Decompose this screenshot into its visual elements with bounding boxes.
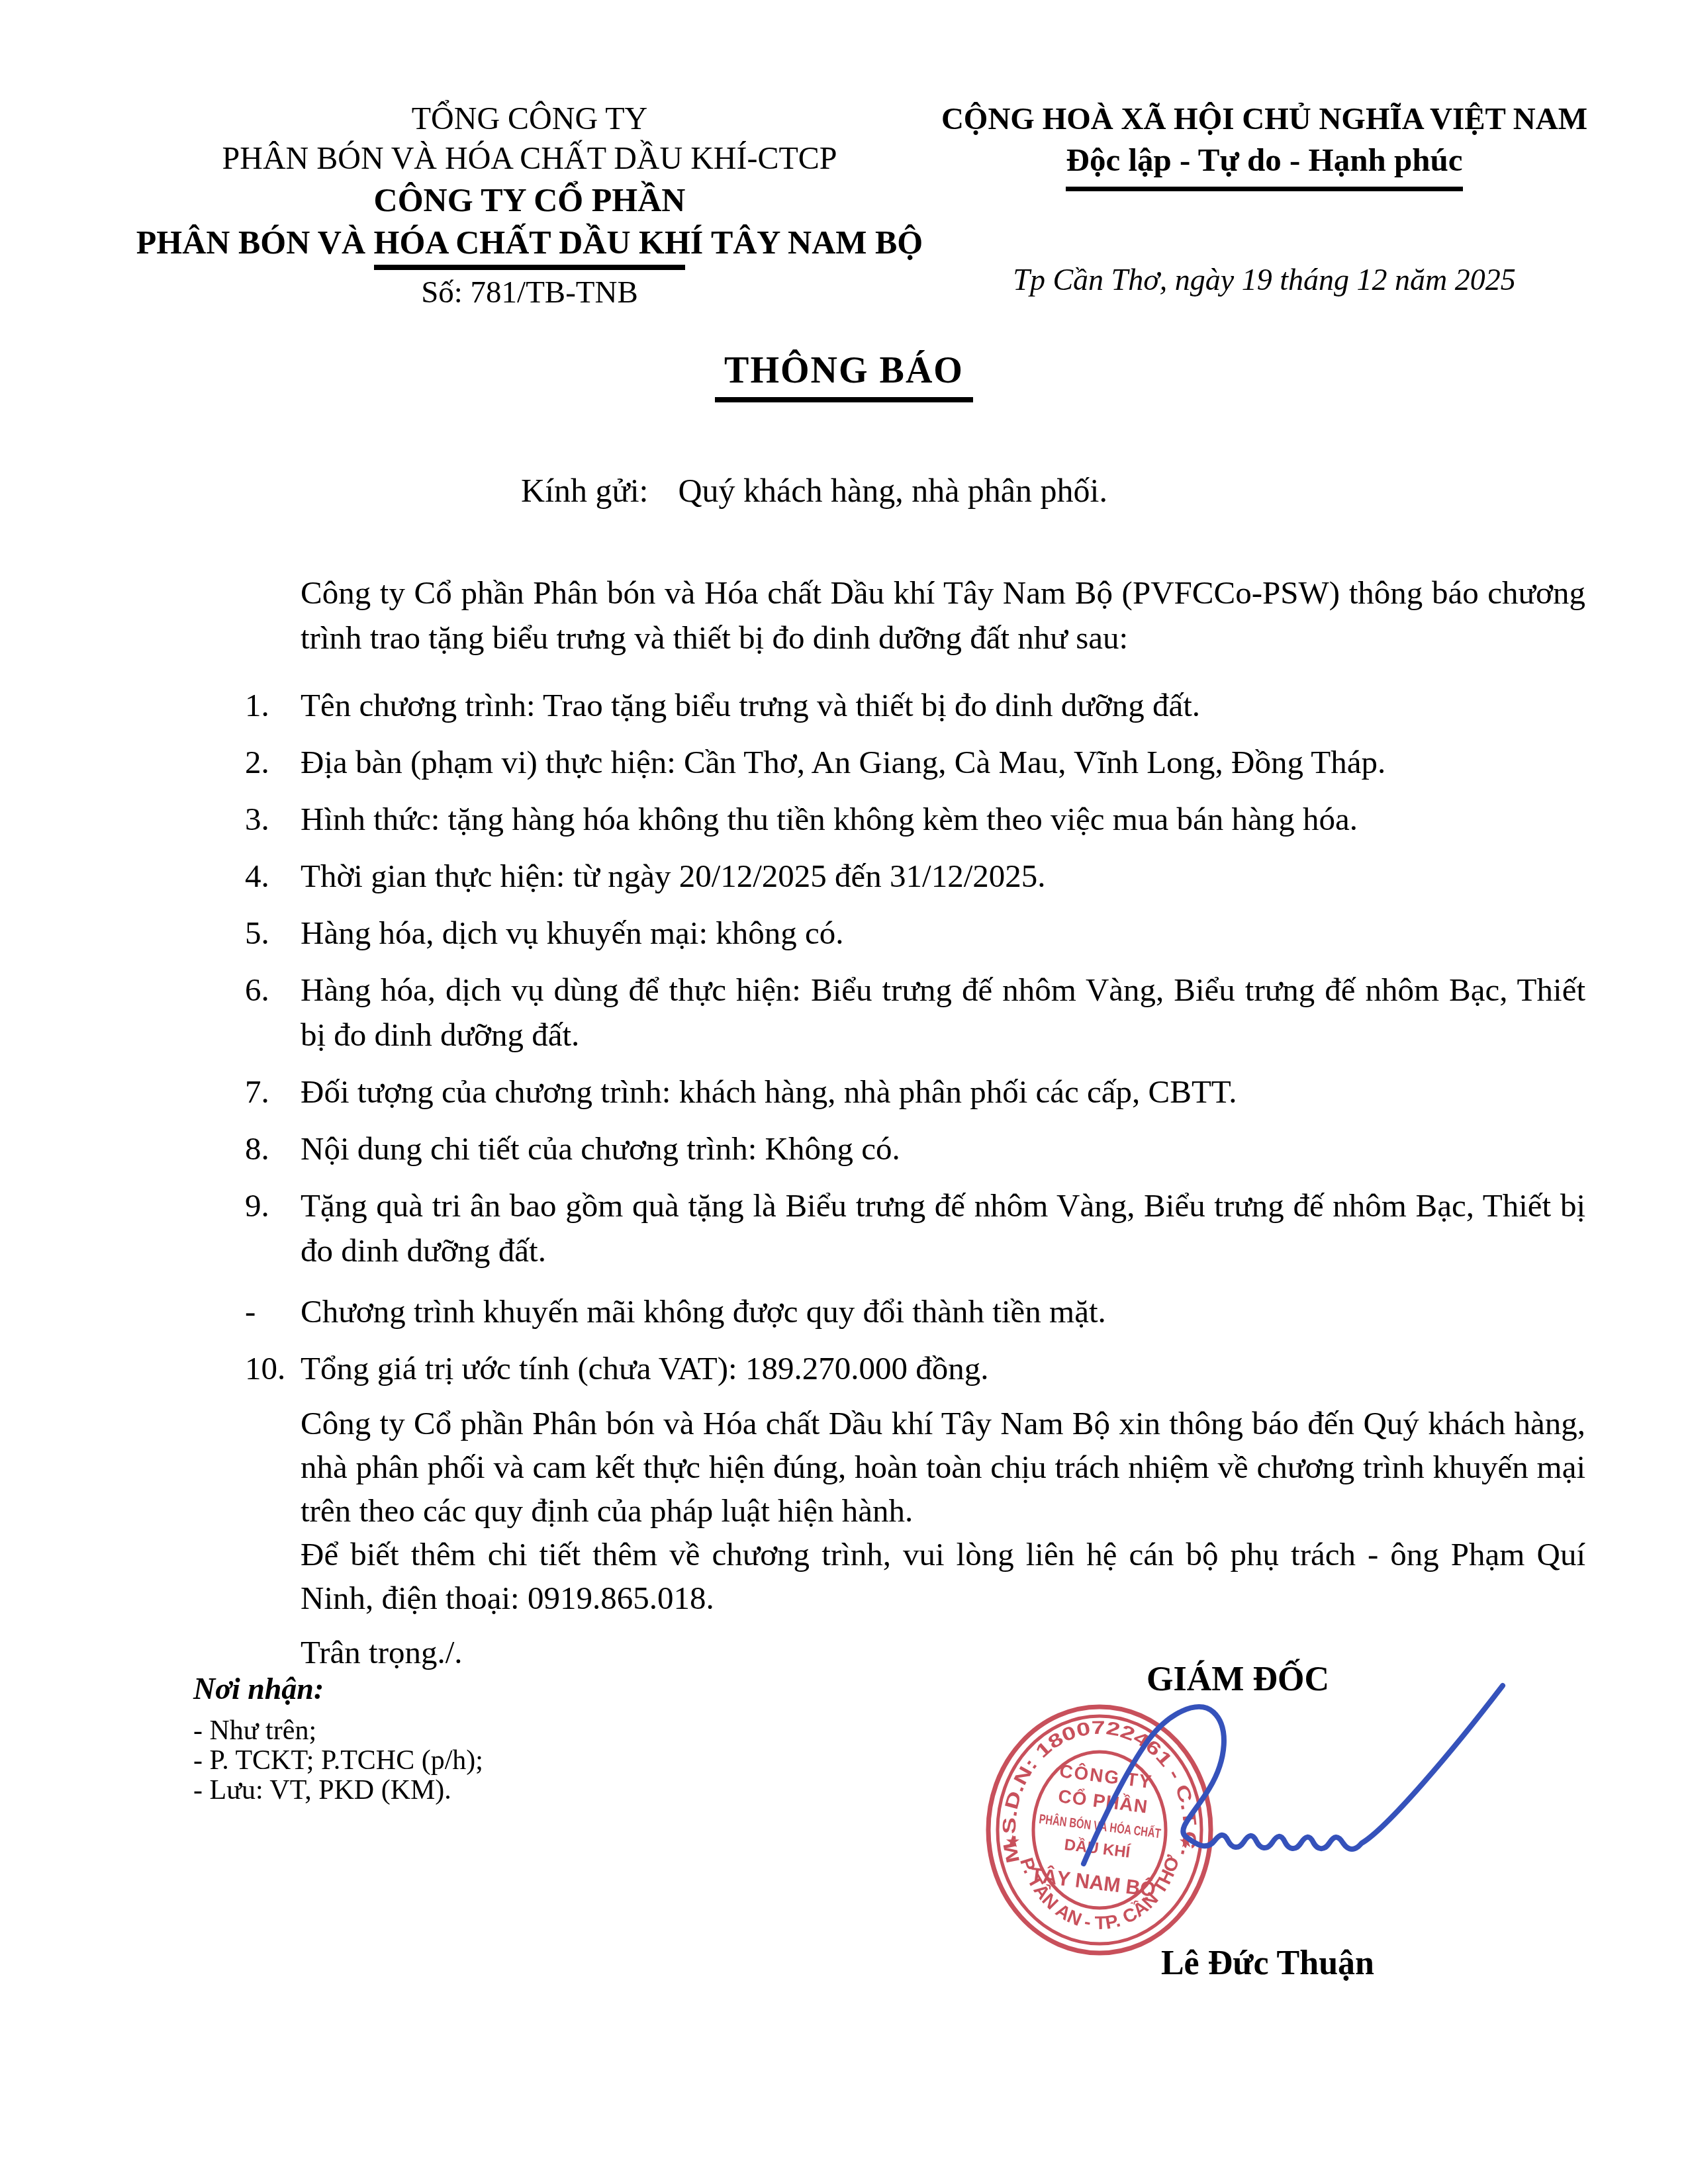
list-item-number: 3. bbox=[245, 797, 301, 842]
title-underline bbox=[715, 397, 973, 402]
closing-paragraph-contact: Để biết thêm chi tiết thêm về chương trì… bbox=[245, 1533, 1585, 1620]
recipients-label: Nơi nhận: bbox=[193, 1672, 483, 1706]
signature-icon bbox=[1056, 1678, 1519, 1876]
list-item-number: 1. bbox=[245, 683, 301, 728]
list-item-text: Tên chương trình: Trao tặng biểu trưng v… bbox=[301, 683, 1585, 728]
document-number: Số: 781/TB-TNB bbox=[99, 274, 960, 311]
issuer-divider bbox=[374, 265, 685, 270]
list-item-text: Chương trình khuyến mãi không được quy đ… bbox=[301, 1289, 1585, 1334]
stamp-star-left-icon: ★ bbox=[1005, 1832, 1020, 1851]
list-item-number: 7. bbox=[245, 1069, 301, 1115]
list-item-number: 2. bbox=[245, 740, 301, 785]
list-item: 8. Nội dung chi tiết của chương trình: K… bbox=[245, 1126, 1585, 1171]
issuer-company-line2: PHÂN BÓN VÀ HÓA CHẤT DẦU KHÍ TÂY NAM BỘ bbox=[99, 221, 960, 263]
list-item-text: Tổng giá trị ước tính (chưa VAT): 189.27… bbox=[301, 1346, 1585, 1391]
list-item: 10. Tổng giá trị ước tính (chưa VAT): 18… bbox=[245, 1346, 1585, 1391]
list-item: 7. Đối tượng của chương trình: khách hàn… bbox=[245, 1069, 1585, 1115]
list-item-text: Địa bàn (phạm vi) thực hiện: Cần Thơ, An… bbox=[301, 740, 1585, 785]
list-item-number: 5. bbox=[245, 911, 301, 956]
recipient-line: - Lưu: VT, PKD (KM). bbox=[193, 1776, 483, 1805]
issuer-parent-line2: PHÂN BÓN VÀ HÓA CHẤT DẦU KHÍ-CTCP bbox=[99, 139, 960, 179]
list-item: 3. Hình thức: tặng hàng hóa không thu ti… bbox=[245, 797, 1585, 842]
list-item: 5. Hàng hóa, dịch vụ khuyến mại: không c… bbox=[245, 911, 1585, 956]
motto-divider bbox=[1066, 187, 1463, 191]
list-item-text: Hàng hóa, dịch vụ khuyến mại: không có. bbox=[301, 911, 1585, 956]
salutation-label: Kính gửi: bbox=[521, 472, 648, 509]
list-item-text: Đối tượng của chương trình: khách hàng, … bbox=[301, 1069, 1585, 1115]
national-motto: Độc lập - Tự do - Hạnh phúc bbox=[937, 139, 1592, 181]
national-motto-block: CỘNG HOÀ XÃ HỘI CHỦ NGHĨA VIỆT NAM Độc l… bbox=[937, 99, 1592, 311]
list-item-text: Thời gian thực hiện: từ ngày 20/12/2025 … bbox=[301, 854, 1585, 899]
signer-name: Lê Đức Thuận bbox=[940, 1942, 1595, 1985]
list-item-number: 10. bbox=[245, 1346, 301, 1391]
intro-paragraph: Công ty Cổ phần Phân bón và Hóa chất Dầu… bbox=[245, 570, 1585, 660]
national-title: CỘNG HOÀ XÃ HỘI CHỦ NGHĨA VIỆT NAM bbox=[937, 99, 1592, 139]
list-item: 9. Tặng quà tri ân bao gồm quà tặng là B… bbox=[245, 1183, 1585, 1273]
document-header: TỔNG CÔNG TY PHÂN BÓN VÀ HÓA CHẤT DẦU KH… bbox=[0, 0, 1688, 311]
issuer-company-line1: CÔNG TY CỔ PHẦN bbox=[99, 179, 960, 221]
recipient-line: - P. TCKT; P.TCHC (p/h); bbox=[193, 1746, 483, 1776]
list-item-text: Tặng quà tri ân bao gồm quà tặng là Biểu… bbox=[301, 1183, 1585, 1273]
document-body: Công ty Cổ phần Phân bón và Hóa chất Dầu… bbox=[245, 570, 1585, 1674]
recipients-list: - Như trên; - P. TCKT; P.TCHC (p/h); - L… bbox=[193, 1716, 483, 1805]
recipient-line: - Như trên; bbox=[193, 1716, 483, 1746]
list-item: 2. Địa bàn (phạm vi) thực hiện: Cần Thơ,… bbox=[245, 740, 1585, 785]
title-block: THÔNG BÁO bbox=[0, 349, 1688, 402]
list-item-text: Nội dung chi tiết của chương trình: Khôn… bbox=[301, 1126, 1585, 1171]
list-item: 4. Thời gian thực hiện: từ ngày 20/12/20… bbox=[245, 854, 1585, 899]
list-item: 1. Tên chương trình: Trao tặng biểu trưn… bbox=[245, 683, 1585, 728]
list-item-text: Hình thức: tặng hàng hóa không thu tiền … bbox=[301, 797, 1585, 842]
place-date-line: Tp Cần Thơ, ngày 19 tháng 12 năm 2025 bbox=[937, 260, 1592, 300]
list-item-marker: - bbox=[245, 1289, 301, 1334]
recipients-block: Nơi nhận: - Như trên; - P. TCKT; P.TCHC … bbox=[193, 1672, 483, 1805]
salutation-value: Quý khách hàng, nhà phân phối. bbox=[678, 472, 1107, 509]
issuer-block: TỔNG CÔNG TY PHÂN BÓN VÀ HÓA CHẤT DẦU KH… bbox=[99, 99, 960, 311]
document-footer: Nơi nhận: - Như trên; - P. TCKT; P.TCHC … bbox=[0, 1658, 1688, 2184]
list-item-text: Hàng hóa, dịch vụ dùng để thực hiện: Biể… bbox=[301, 968, 1585, 1058]
document-page: TỔNG CÔNG TY PHÂN BÓN VÀ HÓA CHẤT DẦU KH… bbox=[0, 0, 1688, 2184]
list-item-number: 4. bbox=[245, 854, 301, 899]
list-item-number: 8. bbox=[245, 1126, 301, 1171]
list-item: 6. Hàng hóa, dịch vụ dùng để thực hiện: … bbox=[245, 968, 1585, 1058]
list-item: - Chương trình khuyến mãi không được quy… bbox=[245, 1289, 1585, 1334]
list-item-number: 9. bbox=[245, 1183, 301, 1273]
list-item-number: 6. bbox=[245, 968, 301, 1058]
document-title: THÔNG BÁO bbox=[0, 349, 1688, 392]
issuer-parent-line1: TỔNG CÔNG TY bbox=[99, 99, 960, 139]
salutation: Kính gửi:Quý khách hàng, nhà phân phối. bbox=[0, 469, 1658, 512]
closing-paragraph-commitment: Công ty Cổ phần Phân bón và Hóa chất Dầu… bbox=[245, 1402, 1585, 1533]
